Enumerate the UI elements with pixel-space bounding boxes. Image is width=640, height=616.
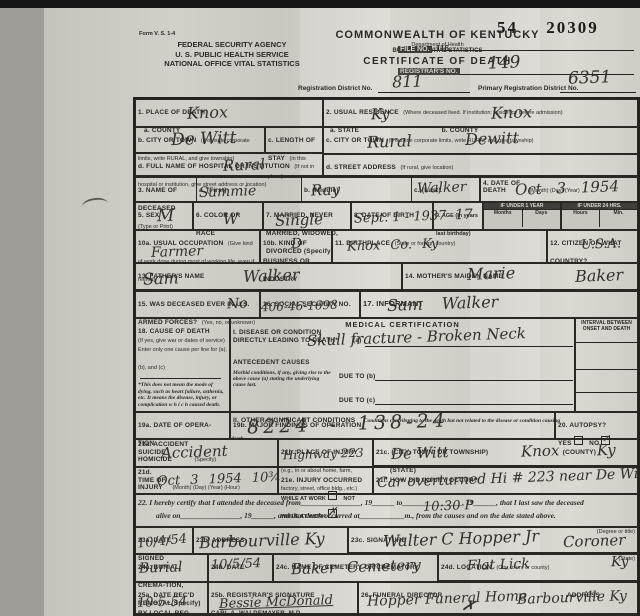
hw-last-name: Walker [417, 179, 467, 197]
due-to-b-label: DUE TO (b) [339, 373, 376, 381]
hw-injury-state: Ky [597, 441, 616, 460]
hw-residence-county: Knox [491, 102, 533, 122]
file-no-value: 116 [436, 44, 449, 53]
cause-footnote: *This does not mean the mode of dying, s… [138, 382, 227, 408]
under-1-year-title: IF UNDER 1 YEAR [484, 203, 560, 210]
autopsy-label: 20. AUTOPSY? [558, 422, 606, 429]
registrars-no-value: 149 [488, 52, 521, 73]
field-if-under-1-year: IF UNDER 1 YEAR Months Days [483, 202, 561, 230]
agency-line-1: FEDERAL SECURITY AGENCY [134, 40, 330, 50]
hw-residence-state: Ky [371, 105, 390, 124]
hw-father-last: Walker [243, 265, 300, 286]
cause-of-death-note: Enter only one cause per line for (a), (… [138, 347, 227, 371]
hw-occupation: Farmer [151, 243, 204, 261]
field-place-of-death-county: 1. PLACE OF DEATH a. COUNTY [135, 99, 323, 127]
hw-citizen: U.S.A. [581, 236, 621, 252]
hw-date-received: 10-5-54 [137, 594, 188, 611]
hw-industry: D [291, 236, 303, 252]
under-1-days: Days [523, 210, 561, 227]
hw-residence-city2: Dewitt [465, 128, 520, 149]
hw-race: W [223, 210, 239, 229]
hw-father-first: Sam [143, 268, 179, 288]
interval-rule-a [576, 342, 637, 343]
hw-armed-forces: No [227, 296, 248, 313]
hw-death-time: 10:30 P [423, 498, 474, 515]
field-residence-street: d. STREET ADDRESS (If rural, give locati… [323, 154, 638, 177]
agency-line-3: NATIONAL OFFICE VITAL STATISTICS [134, 59, 330, 69]
agency-line-2: U. S. PUBLIC HEALTH SERVICE [134, 50, 330, 60]
field-certify-statement: 22. I hereby certify that I attended the… [135, 494, 638, 527]
hw-birthplace: Knox Co. Ky [347, 236, 439, 254]
hw-middle-name: Ray [311, 180, 341, 199]
field-interval-column: INTERVAL BETWEEN ONSET AND DEATH [575, 318, 638, 412]
primary-district-value: 6351 [568, 67, 612, 88]
due-to-b-rule [375, 369, 573, 381]
cause-of-death-title: 18. CAUSE OF DEATH [138, 328, 210, 335]
field-cause-of-death-sidebar: 18. CAUSE OF DEATH Enter only one cause … [135, 318, 230, 412]
hw-cemetery-location: Flat Lick [467, 556, 530, 574]
under-24-min: Min. [600, 210, 637, 227]
field-date-of-operation: 19a. DATE OF OPERA-TION [135, 412, 230, 439]
injury-county-label: (COUNTY) [563, 449, 596, 456]
hw-first-name: Sammie [199, 183, 257, 201]
hw-date-of-death: Oct 3 1954 [515, 177, 620, 199]
hw-cemetery-state: Ky [611, 554, 629, 571]
hw-place-of-injury: Highway 223 [283, 446, 364, 463]
hw-injury-city: De Witt [391, 443, 449, 463]
hw-signer-degree: Coroner [563, 531, 626, 551]
hw-residence-city: Rural [367, 131, 412, 152]
field-name-of-deceased: 3. NAME OF DECEASED (Type or Print) [135, 177, 197, 202]
hw-place-city: De Witt [171, 128, 237, 150]
death-certificate-scan: Form V. S. 1-4 FEDERAL SECURITY AGENCY U… [0, 0, 640, 616]
antecedent-label: ANTECEDENT CAUSES [233, 359, 310, 366]
certificate-stamp-number: 54 20309 [497, 18, 599, 38]
certify-line-2: alive on________________, 19______, and … [156, 509, 635, 522]
certificate-form: 1. PLACE OF DEATH a. COUNTY b. CITY OR T… [133, 97, 640, 616]
interval-rule-b [576, 369, 637, 370]
hw-hospital: Rural [223, 155, 265, 174]
hw-marital: Single [275, 210, 324, 230]
street-address-label: d. STREET ADDRESS [326, 164, 396, 171]
street-address-note: (If rural, give location) [400, 165, 453, 171]
file-no-line: FILE NO. 116 [398, 38, 634, 51]
under-24-title: IF UNDER 24 HRS. [562, 203, 637, 210]
hw-accident: Accident [161, 442, 228, 462]
due-to-c-rule [375, 393, 573, 405]
hw-age: 17 [455, 207, 473, 224]
reg-district-value: 811 [392, 71, 423, 91]
sidebar-divider [140, 378, 221, 379]
injury-occurred-label: 21e. INJURY OCCURRED [281, 477, 362, 484]
under-1-months: Months [484, 210, 523, 227]
hw-place-county: Knox [187, 102, 229, 122]
under-24-hours: Hours [562, 210, 600, 227]
hw-informant: Sam Walker [387, 292, 499, 315]
field-autopsy: 20. AUTOPSY? YES NO✓ [555, 412, 638, 439]
hw-sex: M [157, 206, 175, 227]
hw-mother-last: Baker [575, 265, 624, 286]
hw-burial-date: 10/5/54 [211, 556, 262, 573]
scan-top-bar [0, 0, 640, 8]
residence-note: (Where deceased lived. If institution: r… [403, 110, 562, 116]
hw-injury-county: Knox [521, 441, 560, 460]
field-length-of-stay: c. LENGTH OF STAY (in this place) [265, 127, 323, 153]
issuing-agency: FEDERAL SECURITY AGENCY U. S. PUBLIC HEA… [134, 40, 330, 69]
hw-mother-first: Marie [467, 263, 516, 284]
form-number: Form V. S. 1-4 [139, 31, 175, 37]
interval-rule-c [576, 392, 637, 393]
hw-burial: Burial [139, 559, 183, 577]
certify-line-1: 22. I hereby certify that I attended the… [138, 496, 635, 509]
reg-district-label: Registration District No. [298, 85, 372, 92]
file-no-label: FILE NO. [398, 46, 432, 53]
hospital-label: d. FULL NAME OF HOSPITAL OR INSTITUTION [138, 163, 290, 170]
hw-ssn: 406-46-1698 [261, 298, 338, 315]
field-if-under-24-hrs: IF UNDER 24 HRS. Hours Min. [561, 202, 638, 230]
due-to-c-label: DUE TO (c) [339, 397, 375, 405]
field-injury-occurred: 21e. INJURY OCCURRED WHILE AT WORK NOT W… [278, 467, 373, 494]
interval-label: INTERVAL BETWEEN ONSET AND DEATH [576, 320, 637, 332]
morbid-note: Morbid conditions, if any, giving rise t… [233, 370, 333, 388]
